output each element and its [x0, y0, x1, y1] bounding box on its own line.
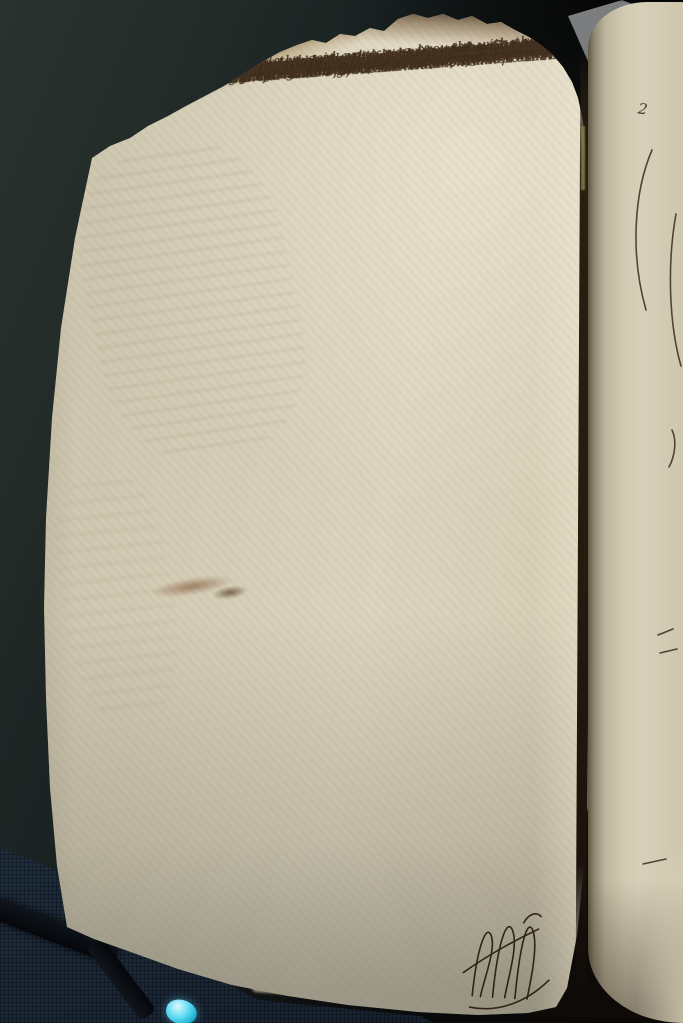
- manuscript-line: hostilities betweene England and Spaine,…: [154, 65, 155, 85]
- manuscript-line: subjects, and therefore he beleeveth tha…: [156, 64, 157, 84]
- manuscript-line: them unto them, and they both them and t…: [153, 70, 154, 90]
- manuscript-line: to the Stancell for which goods at londo…: [151, 75, 152, 95]
- manuscript-line: and the said withall made an affidavit b…: [151, 70, 152, 90]
- manuscript-line: and further deposeth not, saith as afore…: [156, 61, 157, 81]
- manuscript-line: but they were the papers and evidences o…: [157, 69, 158, 89]
- manuscript-line: the said commissioners, and then deliver…: [151, 70, 152, 90]
- struck-text: England: [152, 60, 209, 84]
- manuscript-line: cargoes without diminucion, addicion or …: [153, 70, 154, 90]
- manuscript-line: his and one guarded against England this…: [152, 65, 153, 85]
- paragraph-marker-dash: [165, 60, 203, 78]
- manuscript-line: within acquainted them that they were br…: [155, 70, 156, 90]
- manuscript-line: Portsmouth, and saith and well knowne th…: [157, 69, 158, 89]
- manuscript-line: Flemins and the said prize was brought w…: [186, 59, 187, 79]
- manuscript-line: To the sixth can answer more deposeth.: [153, 69, 154, 89]
- manuscript-line: all and every the said cargoes that were…: [154, 75, 155, 95]
- manuscript-line: were so brought in her and were all the …: [154, 70, 155, 90]
- manuscript-line: the said cargoes were thereby the said B…: [153, 75, 154, 95]
- ink-showthrough: [61, 130, 325, 471]
- manuscript-line: England by authoritie of parliament, and…: [152, 65, 153, 85]
- manuscript-line: goods that were in her were and are lawf…: [153, 65, 154, 85]
- manuscript-line: with a certificate under hand and seale …: [153, 70, 154, 90]
- manuscript-line: of the said cargoes. and further deposet…: [157, 74, 158, 94]
- manuscript-line: To the seventh answereth that for the sa…: [150, 65, 151, 85]
- manuscript-line: them this deponent and the said withall …: [151, 70, 152, 90]
- paragraph-marker-dash: [151, 57, 189, 75]
- manuscript-line: To the fourth article deposeth and saith…: [165, 69, 166, 89]
- manuscript-line: said Baggard and the said others that we…: [155, 75, 156, 95]
- paragraph-marker-dash: [153, 60, 191, 78]
- manuscript-line: so delivered and put as aforesaid / and: [159, 69, 160, 89]
- manuscript-line: To the fifth interrogatorie saith and de…: [151, 75, 152, 95]
- rightpage-pen-strokes: [588, 2, 683, 1023]
- manuscript-line: inter alia and warrants of this Examinac…: [154, 75, 155, 95]
- manuscript-line: acquainted with the said transactions an…: [154, 70, 155, 90]
- manuscript-line: To the last answereth his foregoing depo…: [161, 66, 162, 86]
- manuscript-line: packet were one delivered hereafter to t…: [159, 69, 160, 89]
- manuscript-line: his deponent and the said Samuell Willia…: [155, 70, 156, 90]
- manuscript-line: Portsmouth, which was in November last s…: [155, 70, 156, 90]
- manuscript-photo: Flemins and the said prize was brought w…: [0, 0, 683, 1023]
- paragraph-marker-dash: [161, 58, 199, 76]
- manuscript-line: is noted for the time and disposall of t…: [156, 69, 157, 89]
- manuscript-line: he was acknowledged into the same stores…: [152, 70, 153, 90]
- manuscript-line: for the truth of the lading was of the s…: [153, 70, 154, 90]
- struck-text: and: [159, 67, 185, 89]
- struck-text: and then: [154, 64, 217, 89]
- manuscript-line: Mayor and towne clarke of Portsmouth who…: [156, 69, 157, 89]
- manuscript-line: highnes and confiscable to the behoofe o…: [155, 64, 156, 84]
- manuscript-line: said Baggard and others aforesaid were e…: [157, 74, 158, 94]
- struck-text: stores: [152, 66, 195, 89]
- manuscript-line: prize office there, to before my letter …: [157, 69, 158, 89]
- signature-flourish: [452, 899, 564, 1018]
- manuscript-line: the said prize by him and the said Bagga…: [151, 70, 152, 90]
- manuscript-line: commissioners with, and then saving was …: [154, 70, 155, 90]
- manuscript-line: the said month of may, in the certaine k…: [151, 70, 152, 90]
- manuscript-line: a london, were put them accordinglie to …: [153, 70, 154, 90]
- paragraph-marker-dash: [152, 67, 190, 85]
- gutter-page-edge: [581, 126, 585, 190]
- struck-text: he was: [152, 66, 203, 90]
- manuscript-line: acknowledged to come over of and to belo…: [156, 74, 157, 94]
- right-page: 2: [588, 2, 683, 1023]
